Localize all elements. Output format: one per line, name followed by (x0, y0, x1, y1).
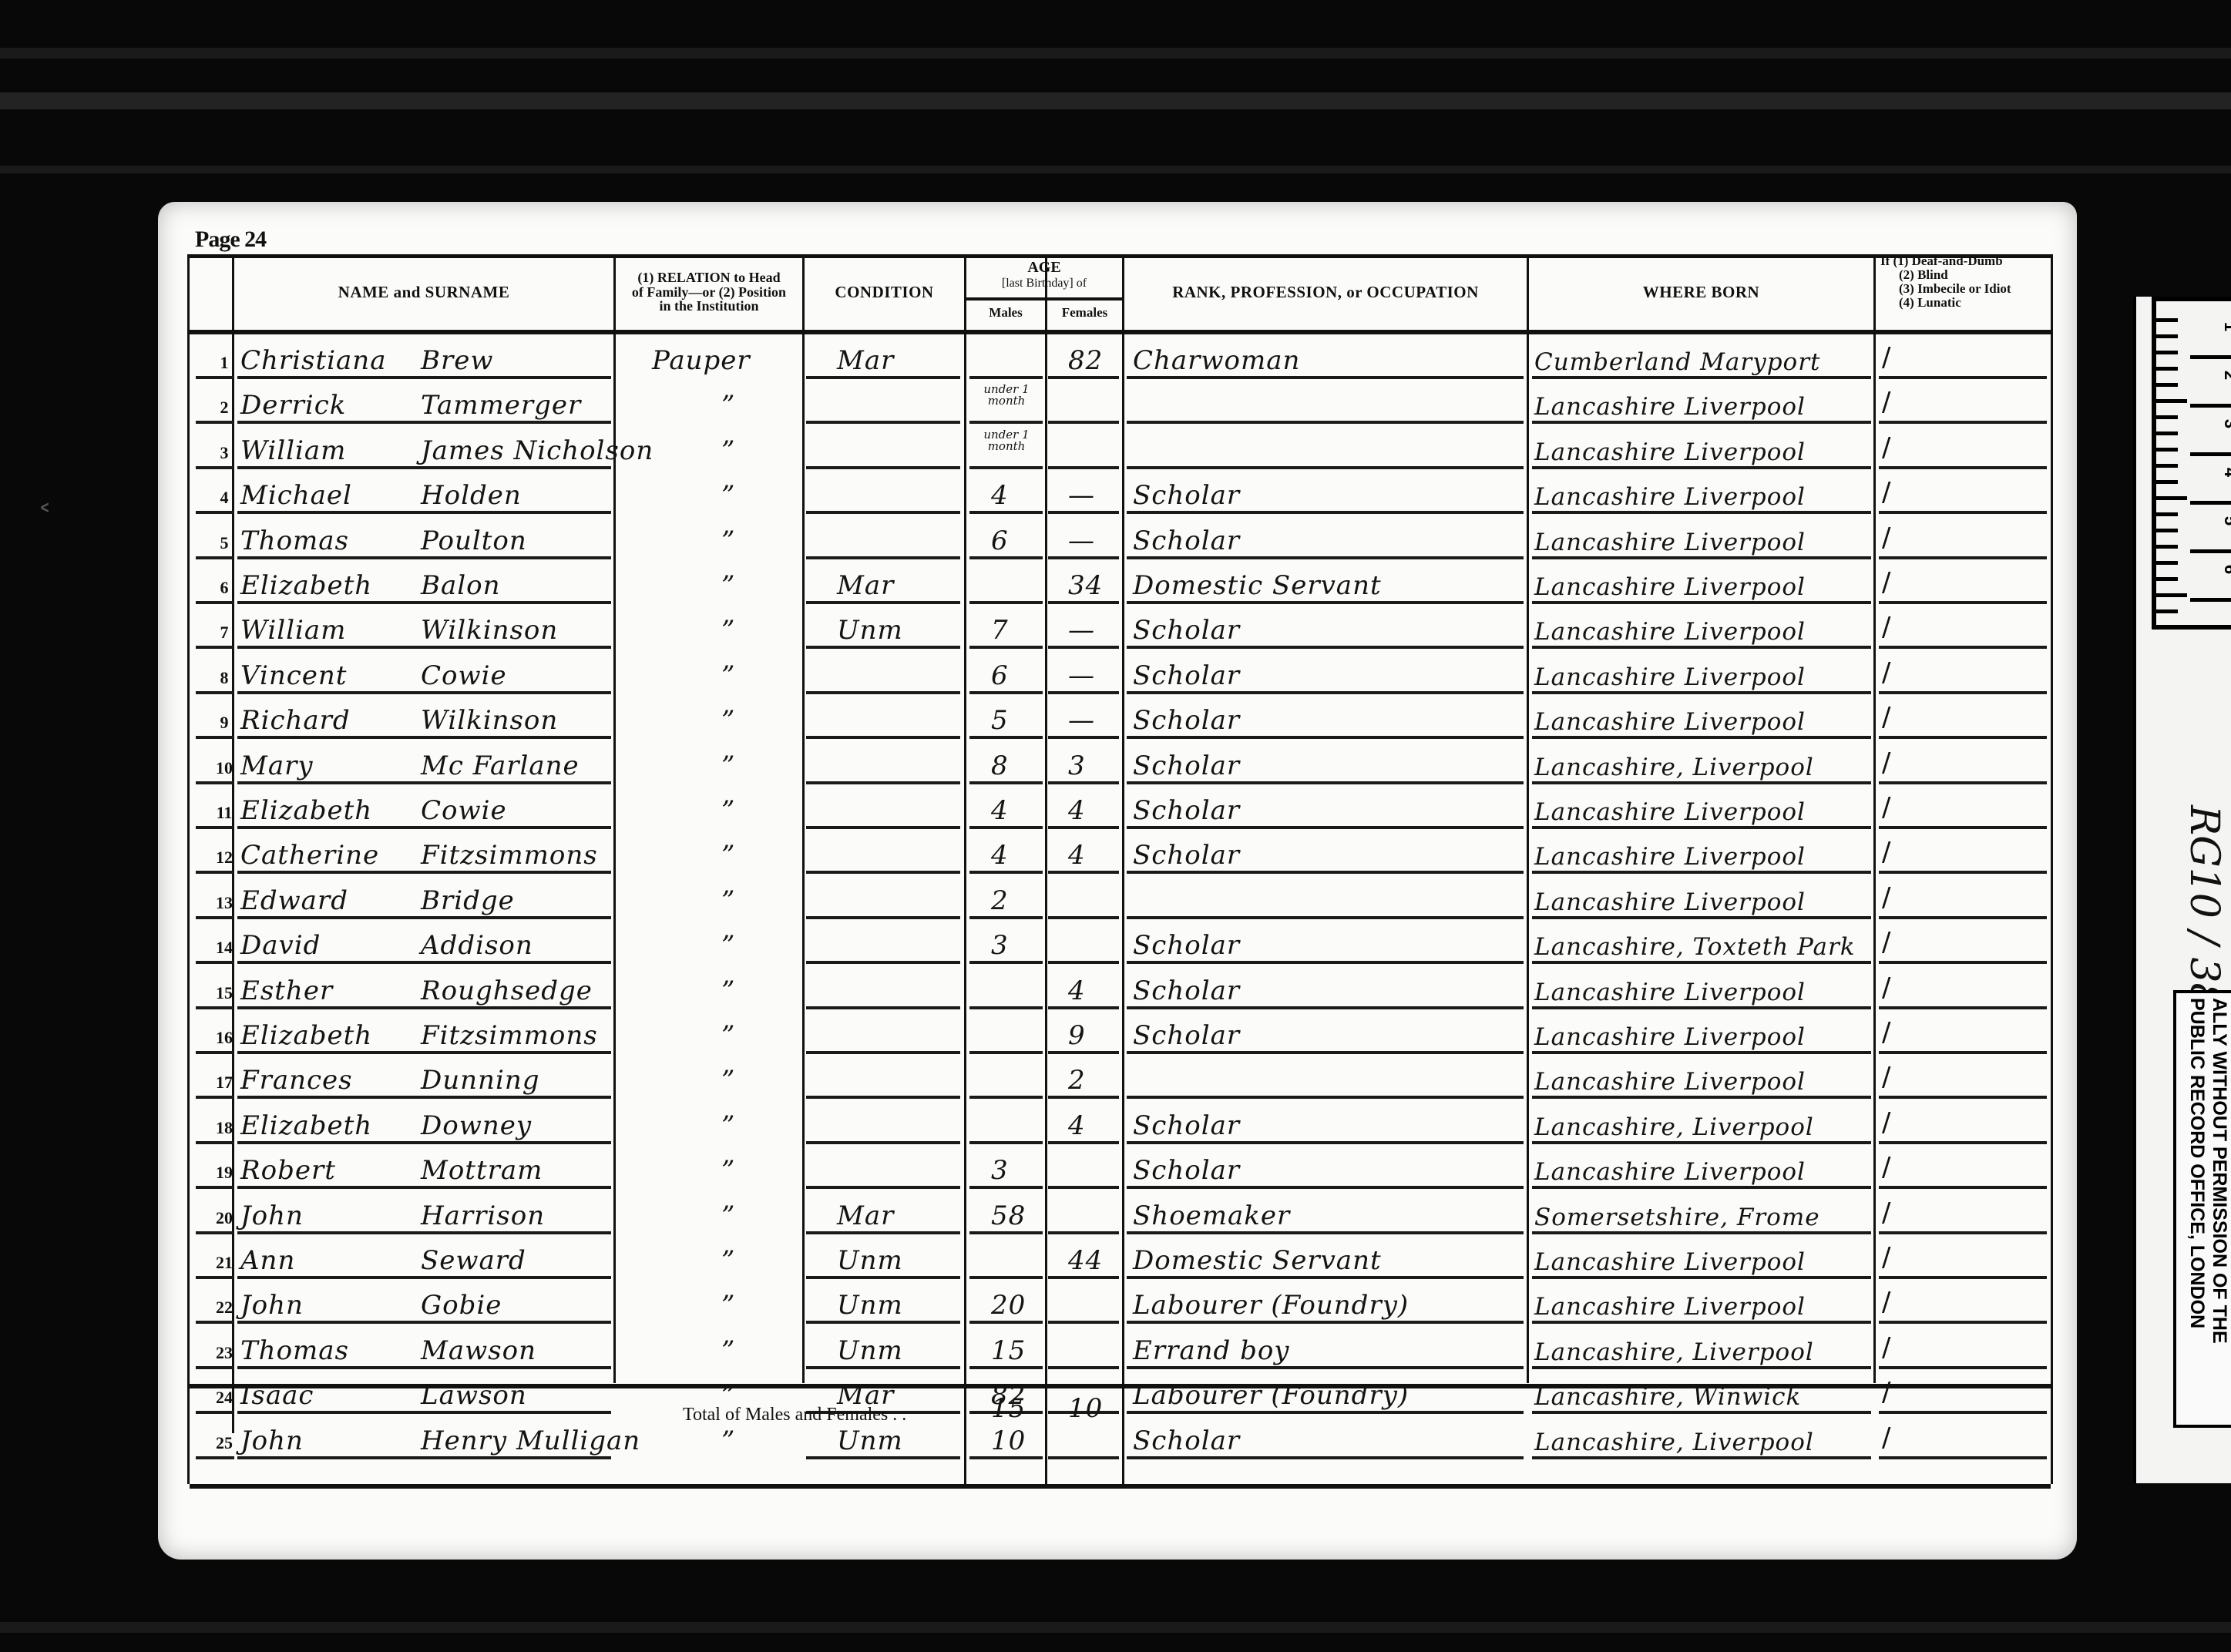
occupation: Scholar (1133, 840, 1240, 871)
row-rule (806, 916, 960, 919)
occupation: Scholar (1133, 975, 1240, 1006)
row-rule (969, 1276, 1043, 1279)
surname: Balon (421, 570, 501, 601)
row-rule (1127, 916, 1524, 919)
table-row: 24IsaacLawson”Mar82Labourer (Foundry)Lan… (190, 1369, 2051, 1414)
row-rule (196, 916, 234, 919)
ruler-segment-line (2190, 452, 2231, 456)
row-rule (806, 871, 960, 874)
totals-males: 15 (991, 1393, 1026, 1424)
surname: Tammerger (421, 390, 581, 421)
row-rule (806, 556, 960, 559)
relation: ” (721, 840, 735, 871)
female-age: 2 (1068, 1065, 1086, 1096)
where-born: Lancashire Liverpool (1534, 618, 1806, 646)
occupation: Scholar (1133, 1155, 1240, 1186)
row-rule (1532, 1141, 1871, 1144)
surname: Seward (421, 1245, 526, 1276)
ruler-tick (2156, 334, 2178, 338)
crown-copyright-text: ALLY WITHOUT PERMISSION OF THE PUBLIC RE… (2186, 998, 2230, 1429)
row-rule (196, 1456, 234, 1459)
table-row: 3WilliamJames Nicholson”under 1 monthLan… (190, 425, 2051, 469)
header-infirmity-line-2: (2) Blind (1880, 268, 1948, 282)
row-rule (1532, 511, 1871, 514)
row-rule (1127, 826, 1524, 829)
table-row: 9RichardWilkinson”5—ScholarLancashire Li… (190, 694, 2051, 739)
table-row: 16ElizabethFitzsimmons”9ScholarLancashir… (190, 1009, 2051, 1054)
male-age: 15 (991, 1335, 1026, 1366)
row-rule (1879, 826, 2047, 829)
surname: Mawson (421, 1335, 536, 1366)
row-rule (1879, 1411, 2047, 1414)
row-rule (196, 601, 234, 604)
row-rule (237, 601, 611, 604)
surname: Fitzsimmons (421, 840, 598, 871)
row-rule (196, 1096, 234, 1099)
row-rule (1879, 1231, 2047, 1234)
row-rule (1127, 1231, 1524, 1234)
header-age-title: AGE (966, 259, 1122, 277)
row-rule (1879, 601, 2047, 604)
crown-copyright-stamp: ALLY WITHOUT PERMISSION OF THE PUBLIC RE… (2173, 990, 2231, 1428)
female-age: — (1068, 660, 1095, 691)
female-age: 82 (1068, 345, 1103, 376)
infirmity-mark: / (1882, 342, 1890, 373)
row-rule (1532, 1006, 1871, 1009)
table-row: 4MichaelHolden”4—ScholarLancashire Liver… (190, 469, 2051, 514)
row-rule (237, 511, 611, 514)
row-rule (969, 1231, 1043, 1234)
row-rule (1127, 1321, 1524, 1324)
row-rule (1879, 1141, 2047, 1144)
relation: ” (721, 525, 735, 556)
relation: ” (721, 1155, 735, 1186)
infirmity-mark: / (1882, 1422, 1890, 1453)
table-row: 10MaryMc Farlane”83ScholarLancashire, Li… (190, 740, 2051, 784)
male-age: 4 (991, 795, 1009, 826)
row-rule (1127, 1051, 1524, 1054)
row-rule (1532, 601, 1871, 604)
table-row: 23ThomasMawson”Unm15Errand boyLancashire… (190, 1325, 2051, 1369)
where-born: Lancashire Liverpool (1534, 1248, 1806, 1276)
row-rule (1127, 1186, 1524, 1189)
occupation: Scholar (1133, 480, 1240, 511)
infirmity-mark: / (1882, 1242, 1890, 1273)
row-rule (1127, 1006, 1524, 1009)
row-rule (806, 466, 960, 469)
ruler-tick (2156, 383, 2178, 387)
where-born: Lancashire Liverpool (1534, 573, 1806, 601)
row-rule (1532, 421, 1871, 424)
row-rule (806, 781, 960, 784)
where-born: Lancashire, Liverpool (1534, 1113, 1814, 1141)
row-rule (969, 1006, 1043, 1009)
condition: Mar (837, 570, 894, 601)
row-rule (196, 1186, 234, 1189)
infirmity-mark: / (1882, 522, 1890, 553)
row-rule (969, 646, 1043, 649)
row-rule (806, 421, 960, 424)
row-rule (196, 1366, 234, 1369)
condition: Unm (837, 1245, 903, 1276)
occupation: Domestic Servant (1133, 570, 1382, 601)
male-age: under 1 month (971, 384, 1042, 407)
surname: Wilkinson (421, 615, 558, 646)
table-row: 17FrancesDunning”2Lancashire Liverpool/ (190, 1054, 2051, 1099)
surname: Holden (421, 480, 522, 511)
row-rule (1127, 601, 1524, 604)
row-rule (806, 1456, 960, 1459)
row-rule (1127, 691, 1524, 694)
condition: Unm (837, 615, 903, 646)
surname: Bridge (421, 885, 515, 916)
relation: Pauper (652, 345, 751, 376)
row-rule (1532, 466, 1871, 469)
row-rule (1879, 1321, 2047, 1324)
row-rule (1127, 376, 1524, 379)
row-rule (1048, 1231, 1119, 1234)
ruler-tick (2156, 399, 2187, 403)
totals-label: Total of Males and Females . . (683, 1405, 906, 1425)
ruler-segment-line (2190, 404, 2231, 408)
where-born: Lancashire Liverpool (1534, 483, 1806, 511)
row-rule (196, 1141, 234, 1144)
row-rule (1127, 466, 1524, 469)
totals-females: 10 (1068, 1393, 1103, 1424)
forename: Esther (240, 975, 333, 1006)
relation: ” (721, 750, 735, 781)
row-rule (1532, 1096, 1871, 1099)
infirmity-mark: / (1882, 1152, 1890, 1183)
header-name: NAME and SURNAME (234, 254, 613, 330)
ruler-number: 6 (2220, 565, 2231, 574)
row-rule (969, 511, 1043, 514)
row-rule (969, 1456, 1043, 1459)
row-rule (1532, 1051, 1871, 1054)
row-rule (1879, 1186, 2047, 1189)
row-rule (1048, 1051, 1119, 1054)
where-born: Lancashire Liverpool (1534, 663, 1806, 691)
where-born: Lancashire Liverpool (1534, 979, 1806, 1006)
row-rule (1048, 736, 1119, 739)
row-rule (237, 1006, 611, 1009)
occupation: Labourer (Foundry) (1133, 1290, 1409, 1321)
row-rule (196, 1276, 234, 1279)
female-age: 3 (1068, 750, 1086, 781)
male-age: 58 (991, 1200, 1026, 1231)
forename: Derrick (240, 390, 346, 421)
where-born: Cumberland Maryport (1534, 348, 1821, 376)
row-rule (196, 556, 234, 559)
header-males: Males (966, 305, 1045, 321)
row-rule (196, 1006, 234, 1009)
row-rule (1532, 1276, 1871, 1279)
row-rule (806, 1006, 960, 1009)
row-rule (237, 1096, 611, 1099)
row-rule (1048, 376, 1119, 379)
where-born: Lancashire Liverpool (1534, 843, 1806, 871)
scan-band (0, 166, 2231, 173)
row-rule (806, 646, 960, 649)
row-rule (196, 1051, 234, 1054)
header-infirmity-line-1: If (1) Deaf-and-Dumb (1880, 254, 2003, 268)
row-rule (969, 736, 1043, 739)
row-rule (969, 1096, 1043, 1099)
ruler-segment-line (2190, 355, 2231, 359)
census-page: Page 24 NAME and SURNAME (1) RELATION to… (158, 202, 2077, 1560)
female-age: 34 (1068, 570, 1103, 601)
relation: ” (721, 1065, 735, 1096)
row-rule (806, 1051, 960, 1054)
where-born: Somersetshire, Frome (1534, 1204, 1820, 1231)
row-rule (1127, 1366, 1524, 1369)
forename: David (240, 930, 321, 961)
forename: Elizabeth (240, 1110, 372, 1141)
row-rule (969, 826, 1043, 829)
row-rule (806, 961, 960, 964)
relation: ” (721, 660, 735, 691)
row-rule (1048, 601, 1119, 604)
header-infirmity-line-3: (3) Imbecile or Idiot (1880, 282, 2011, 296)
where-born: Lancashire Liverpool (1534, 708, 1806, 736)
male-age: 6 (991, 660, 1009, 691)
header-relation-line-1: (1) RELATION to Head (637, 270, 780, 285)
surname: Dunning (421, 1065, 540, 1096)
row-rule (969, 1141, 1043, 1144)
row-rule (1127, 1411, 1524, 1414)
male-age: 2 (991, 885, 1009, 916)
relation: ” (721, 1335, 735, 1366)
ruler-number: 5 (2220, 516, 2231, 525)
infirmity-mark: / (1882, 882, 1890, 913)
infirmity-mark: / (1882, 1332, 1890, 1363)
row-rule (237, 556, 611, 559)
row-rule (196, 466, 234, 469)
where-born: Lancashire Liverpool (1534, 393, 1806, 421)
infirmity-mark: / (1882, 837, 1890, 868)
row-rule (237, 871, 611, 874)
row-rule (1532, 1186, 1871, 1189)
row-rule (196, 511, 234, 514)
row-rule (1048, 511, 1119, 514)
ruler-number: 2 (2220, 371, 2231, 380)
relation: ” (721, 930, 735, 961)
table-row: 1ChristianaBrewPauperMar82CharwomanCumbe… (190, 334, 2051, 379)
row-rule (806, 1096, 960, 1099)
ruler-number: 1 (2220, 322, 2231, 331)
relation: ” (721, 1290, 735, 1321)
surname: Gobie (421, 1290, 502, 1321)
row-rule (237, 1051, 611, 1054)
row-rule (237, 781, 611, 784)
row-rule (969, 1366, 1043, 1369)
relation: ” (721, 480, 735, 511)
relation: ” (721, 705, 735, 736)
row-rule (1532, 1456, 1871, 1459)
condition: Unm (837, 1290, 903, 1321)
relation: ” (721, 975, 735, 1006)
row-rule (237, 961, 611, 964)
male-age: 6 (991, 525, 1009, 556)
forename: William (240, 615, 346, 646)
row-rule (1532, 871, 1871, 874)
row-rule (1532, 781, 1871, 784)
row-rule (1127, 556, 1524, 559)
ruler-tick (2156, 545, 2178, 549)
ruler-segment-line (2190, 549, 2231, 553)
table-row: 20JohnHarrison”Mar58ShoemakerSomersetshi… (190, 1190, 2051, 1234)
row-rule (1048, 1456, 1119, 1459)
surname: Cowie (421, 660, 507, 691)
surname: Wilkinson (421, 705, 558, 736)
row-rule (1879, 1456, 2047, 1459)
row-rule (1532, 1411, 1871, 1414)
row-rule (1532, 961, 1871, 964)
row-rule (969, 781, 1043, 784)
occupation: Scholar (1133, 660, 1240, 691)
infirmity-mark: / (1882, 927, 1890, 958)
totals-top-rule (190, 1384, 2051, 1388)
row-rule (1048, 1186, 1119, 1189)
row-rule (1532, 376, 1871, 379)
where-born: Lancashire, Toxteth Park (1534, 933, 1856, 961)
condition: Mar (837, 345, 894, 376)
forename: Elizabeth (240, 570, 372, 601)
male-age: 3 (991, 1155, 1009, 1186)
forename: Edward (240, 885, 348, 916)
surname: Roughsedge (421, 975, 593, 1006)
row-rule (1879, 1006, 2047, 1009)
row-rule (196, 1321, 234, 1324)
ruler-number: 3 (2220, 419, 2231, 428)
row-rule (196, 961, 234, 964)
condition: Unm (837, 1335, 903, 1366)
female-age: — (1068, 615, 1095, 646)
row-rule (1048, 691, 1119, 694)
infirmity-mark: / (1882, 432, 1890, 463)
row-rule (196, 871, 234, 874)
row-rule (237, 1141, 611, 1144)
ruler-tick (2156, 512, 2178, 516)
where-born: Lancashire, Liverpool (1534, 754, 1814, 781)
row-rule (969, 556, 1043, 559)
row-rule (969, 961, 1043, 964)
infirmity-mark: / (1882, 1062, 1890, 1093)
surname: Brew (421, 345, 493, 376)
row-rule (196, 736, 234, 739)
female-age: 44 (1068, 1245, 1103, 1276)
forename: Robert (240, 1155, 336, 1186)
row-rule (1879, 961, 2047, 964)
row-rule (196, 421, 234, 424)
row-rule (1048, 556, 1119, 559)
table-row: 22JohnGobie”Unm20Labourer (Foundry)Lanca… (190, 1279, 2051, 1324)
row-rule (969, 916, 1043, 919)
infirmity-mark: / (1882, 1377, 1890, 1408)
forename: Vincent (240, 660, 347, 691)
header-females: Females (1047, 305, 1122, 321)
row-rule (1532, 736, 1871, 739)
row-rule (1048, 646, 1119, 649)
row-rule (1879, 421, 2047, 424)
occupation: Scholar (1133, 1425, 1240, 1456)
row-rule (1879, 781, 2047, 784)
row-rule (1048, 1141, 1119, 1144)
row-rule (969, 1321, 1043, 1324)
row-rule (1879, 646, 2047, 649)
table-row: 14DavidAddison”3ScholarLancashire, Toxte… (190, 919, 2051, 964)
row-rule (1127, 736, 1524, 739)
table-row: 13EdwardBridge”2Lancashire Liverpool/ (190, 875, 2051, 919)
row-rule (1048, 871, 1119, 874)
occupation: Scholar (1133, 1110, 1240, 1141)
row-rule (806, 691, 960, 694)
header-age: AGE [last Birthday] of (966, 259, 1122, 290)
condition: Unm (837, 1425, 903, 1456)
row-rule (196, 1231, 234, 1234)
row-rule (1532, 691, 1871, 694)
surname: Henry Mulligan (421, 1425, 640, 1456)
row-rule (806, 1186, 960, 1189)
row-rule (1127, 1276, 1524, 1279)
row-rule (806, 1366, 960, 1369)
ruler-tick (2156, 480, 2178, 484)
crown-copyright-line-1: ALLY WITHOUT PERMISSION OF THE (2208, 998, 2230, 1429)
crown-copyright-line-2: PUBLIC RECORD OFFICE, LONDON (2186, 998, 2208, 1429)
ruler-tick (2156, 529, 2178, 532)
row-rule (969, 1186, 1043, 1189)
infirmity-mark: / (1882, 1017, 1890, 1048)
row-rule (806, 376, 960, 379)
row-rule (237, 1456, 611, 1459)
row-rule (806, 1231, 960, 1234)
table-row: 7WilliamWilkinson”Unm7—ScholarLancashire… (190, 604, 2051, 649)
forename: Ann (240, 1245, 295, 1276)
row-rule (237, 1276, 611, 1279)
row-rule (1879, 556, 2047, 559)
table-row: 2DerrickTammerger”under 1 monthLancashir… (190, 379, 2051, 424)
row-rule (1879, 1051, 2047, 1054)
table-row: 6ElizabethBalon”Mar34Domestic ServantLan… (190, 559, 2051, 604)
surname: Harrison (421, 1200, 545, 1231)
relation: ” (721, 1110, 735, 1141)
ruler-tick (2156, 577, 2178, 581)
surname: Mc Farlane (421, 750, 580, 781)
row-rule (969, 601, 1043, 604)
infirmity-mark: / (1882, 567, 1890, 598)
row-rule (806, 736, 960, 739)
ruler-number: 4 (2220, 468, 2231, 477)
row-rule (1879, 1096, 2047, 1099)
row-rule (1879, 871, 2047, 874)
ruler-tick (2156, 496, 2187, 500)
male-age: 3 (991, 930, 1009, 961)
table-row: 19RobertMottram”3ScholarLancashire Liver… (190, 1144, 2051, 1189)
infirmity-mark: / (1882, 792, 1890, 823)
occupation: Domestic Servant (1133, 1245, 1382, 1276)
where-born: Lancashire, Liverpool (1534, 1338, 1814, 1366)
forename: John (240, 1290, 304, 1321)
row-rule (237, 916, 611, 919)
row-rule (806, 1276, 960, 1279)
census-table: NAME and SURNAME (1) RELATION to Head of… (187, 254, 2053, 1484)
surname: Cowie (421, 795, 507, 826)
where-born: Lancashire Liverpool (1534, 798, 1806, 826)
row-rule (1127, 961, 1524, 964)
infirmity-mark: / (1882, 747, 1890, 778)
ruler-tick (2156, 448, 2178, 452)
row-rule (196, 376, 234, 379)
